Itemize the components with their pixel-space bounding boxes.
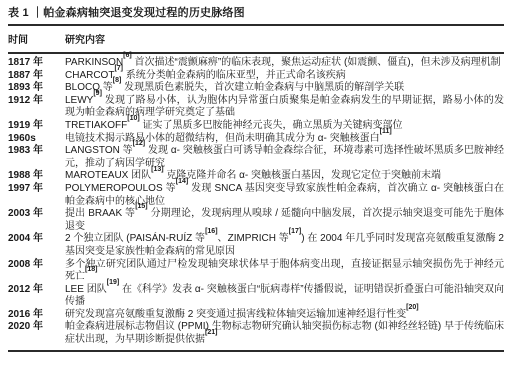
research-content-cell: 帕金森病进展标志物倡议 (PPMI) 生物标志物研究确认轴突损伤标志物 (如神经…	[65, 321, 504, 346]
table-row: 2020 年帕金森病进展标志物倡议 (PPMI) 生物标志物研究确认轴突损伤标志…	[8, 321, 504, 346]
research-content-cell: 2 个独立团队 (PAISÁN-RUÍZ 等[16]、ZIMPRICH 等[17…	[65, 233, 504, 258]
table-row: 1817 年PARKINSON[6] 首次描述“震颤麻痹”的临床表现，聚焦运动症…	[8, 57, 504, 70]
reference-superscript: [8]	[113, 77, 122, 84]
time-cell: 2008 年	[8, 259, 65, 284]
time-cell: 1960s	[8, 133, 65, 146]
table-row: 1893 年BLOCQ 等[8] 发现黑质色素脱失，首次建立帕金森病与中脑黑质的…	[8, 82, 504, 95]
time-cell: 1887 年	[8, 70, 65, 83]
time-cell: 2016 年	[8, 309, 65, 322]
reference-superscript: [20]	[406, 304, 418, 311]
research-content-cell: POLYMEROPOULOS 等[14] 发现 SNCA 基因突变导致家族性帕金…	[65, 183, 504, 208]
reference-superscript: [13]	[151, 166, 163, 173]
table-caption: 表 1 ｜帕金森病轴突退变发现过程的历史脉络图	[8, 2, 504, 24]
time-cell: 2020 年	[8, 321, 65, 346]
reference-superscript: [12]	[133, 140, 145, 147]
bottom-rule	[8, 350, 504, 352]
table-header-row: 时间 研究内容	[8, 26, 504, 52]
research-content-cell: LEE 团队[19] 在《科学》发表 α- 突触核蛋白“朊病毒样”传播假说，证明…	[65, 284, 504, 309]
research-content-cell: 提出 BRAAK 等[15] 分期理论，发现病理从嗅球 / 延髓向中脑发展，首次…	[65, 208, 504, 233]
table-row: 1919 年TRETIAKOFF[10] 证实了黑质多巴胺能神经元丧失，确立黑质…	[8, 120, 504, 133]
reference-superscript: [11]	[380, 128, 392, 135]
table-body: 1817 年PARKINSON[6] 首次描述“震颤麻痹”的临床表现，聚焦运动症…	[8, 54, 504, 347]
research-content-cell: 多个独立研究团队通过尸检发现轴突球状体早于胞体病变出现，直接证据显示轴突损伤先于…	[65, 259, 504, 284]
header-research-content: 研究内容	[65, 31, 504, 46]
reference-superscript: [19]	[107, 279, 119, 286]
table-row: 2016 年研究发现富亮氨酸重复激酶 2 突变通过损害线粒体轴突运输加速神经退行…	[8, 309, 504, 322]
time-cell: 1997 年	[8, 183, 65, 208]
reference-superscript: [16]	[205, 228, 217, 235]
time-cell: 1983 年	[8, 145, 65, 170]
research-content-cell: LANGSTON 等[12] 发现 α- 突触核蛋白可诱导帕金森综合征，环境毒素…	[65, 145, 504, 170]
paper-table-region: 表 1 ｜帕金森病轴突退变发现过程的历史脉络图 时间 研究内容 1817 年PA…	[0, 0, 511, 366]
time-cell: 1988 年	[8, 170, 65, 183]
research-content-cell: 电镜技术揭示路易小体的超微结构，但尚未明确其成分为 α- 突触核蛋白[11]	[65, 133, 504, 146]
table-row: 2003 年提出 BRAAK 等[15] 分期理论，发现病理从嗅球 / 延髓向中…	[8, 208, 504, 233]
reference-superscript: [6]	[123, 52, 132, 59]
reference-superscript: [15]	[135, 203, 147, 210]
research-content-cell: TRETIAKOFF[10] 证实了黑质多巴胺能神经元丧失，确立黑质为关键病变部…	[65, 120, 504, 133]
table-row: 1997 年POLYMEROPOULOS 等[14] 发现 SNCA 基因突变导…	[8, 183, 504, 208]
time-cell: 2003 年	[8, 208, 65, 233]
reference-superscript: [14]	[176, 178, 188, 185]
table-row: 1887 年CHARCOT[7] 系统分类帕金森病的临床亚型，并正式命名该疾病	[8, 70, 504, 83]
header-time: 时间	[8, 31, 65, 46]
table-row: 1912 年LEWY[9] 发现了路易小体，认为胞体内异常蛋白质聚集是帕金森病发…	[8, 95, 504, 120]
time-cell: 1893 年	[8, 82, 65, 95]
table-row: 2004 年2 个独立团队 (PAISÁN-RUÍZ 等[16]、ZIMPRIC…	[8, 233, 504, 258]
time-cell: 1817 年	[8, 57, 65, 70]
reference-superscript: [10]	[127, 115, 139, 122]
research-content-cell: MAROTEAUX 团队[13] 克隆克隆并命名 α- 突触核蛋白基因，发现它定…	[65, 170, 504, 183]
time-cell: 2012 年	[8, 284, 65, 309]
time-cell: 1912 年	[8, 95, 65, 120]
research-content-cell: 研究发现富亮氨酸重复激酶 2 突变通过损害线粒体轴突运输加速神经退行性变[20]	[65, 309, 504, 322]
table-row: 2012 年LEE 团队[19] 在《科学》发表 α- 突触核蛋白“朊病毒样”传…	[8, 284, 504, 309]
table-row: 2008 年多个独立研究团队通过尸检发现轴突球状体早于胞体病变出现，直接证据显示…	[8, 259, 504, 284]
research-content-cell: CHARCOT[7] 系统分类帕金森病的临床亚型，并正式命名该疾病	[65, 70, 504, 83]
time-cell: 1919 年	[8, 120, 65, 133]
research-content-cell: PARKINSON[6] 首次描述“震颤麻痹”的临床表现，聚焦运动症状 (如震颤…	[65, 57, 504, 70]
time-cell: 2004 年	[8, 233, 65, 258]
reference-superscript: [18]	[85, 266, 97, 273]
reference-superscript: [7]	[114, 65, 123, 72]
research-content-cell: BLOCQ 等[8] 发现黑质色素脱失，首次建立帕金森病与中脑黑质的解剖学关联	[65, 82, 504, 95]
reference-superscript: [17]	[289, 228, 301, 235]
table-row: 1960s电镜技术揭示路易小体的超微结构，但尚未明确其成分为 α- 突触核蛋白[…	[8, 133, 504, 146]
reference-superscript: [9]	[93, 90, 102, 97]
reference-superscript: [21]	[205, 329, 217, 336]
table-row: 1983 年LANGSTON 等[12] 发现 α- 突触核蛋白可诱导帕金森综合…	[8, 145, 504, 170]
table-row: 1988 年MAROTEAUX 团队[13] 克隆克隆并命名 α- 突触核蛋白基…	[8, 170, 504, 183]
